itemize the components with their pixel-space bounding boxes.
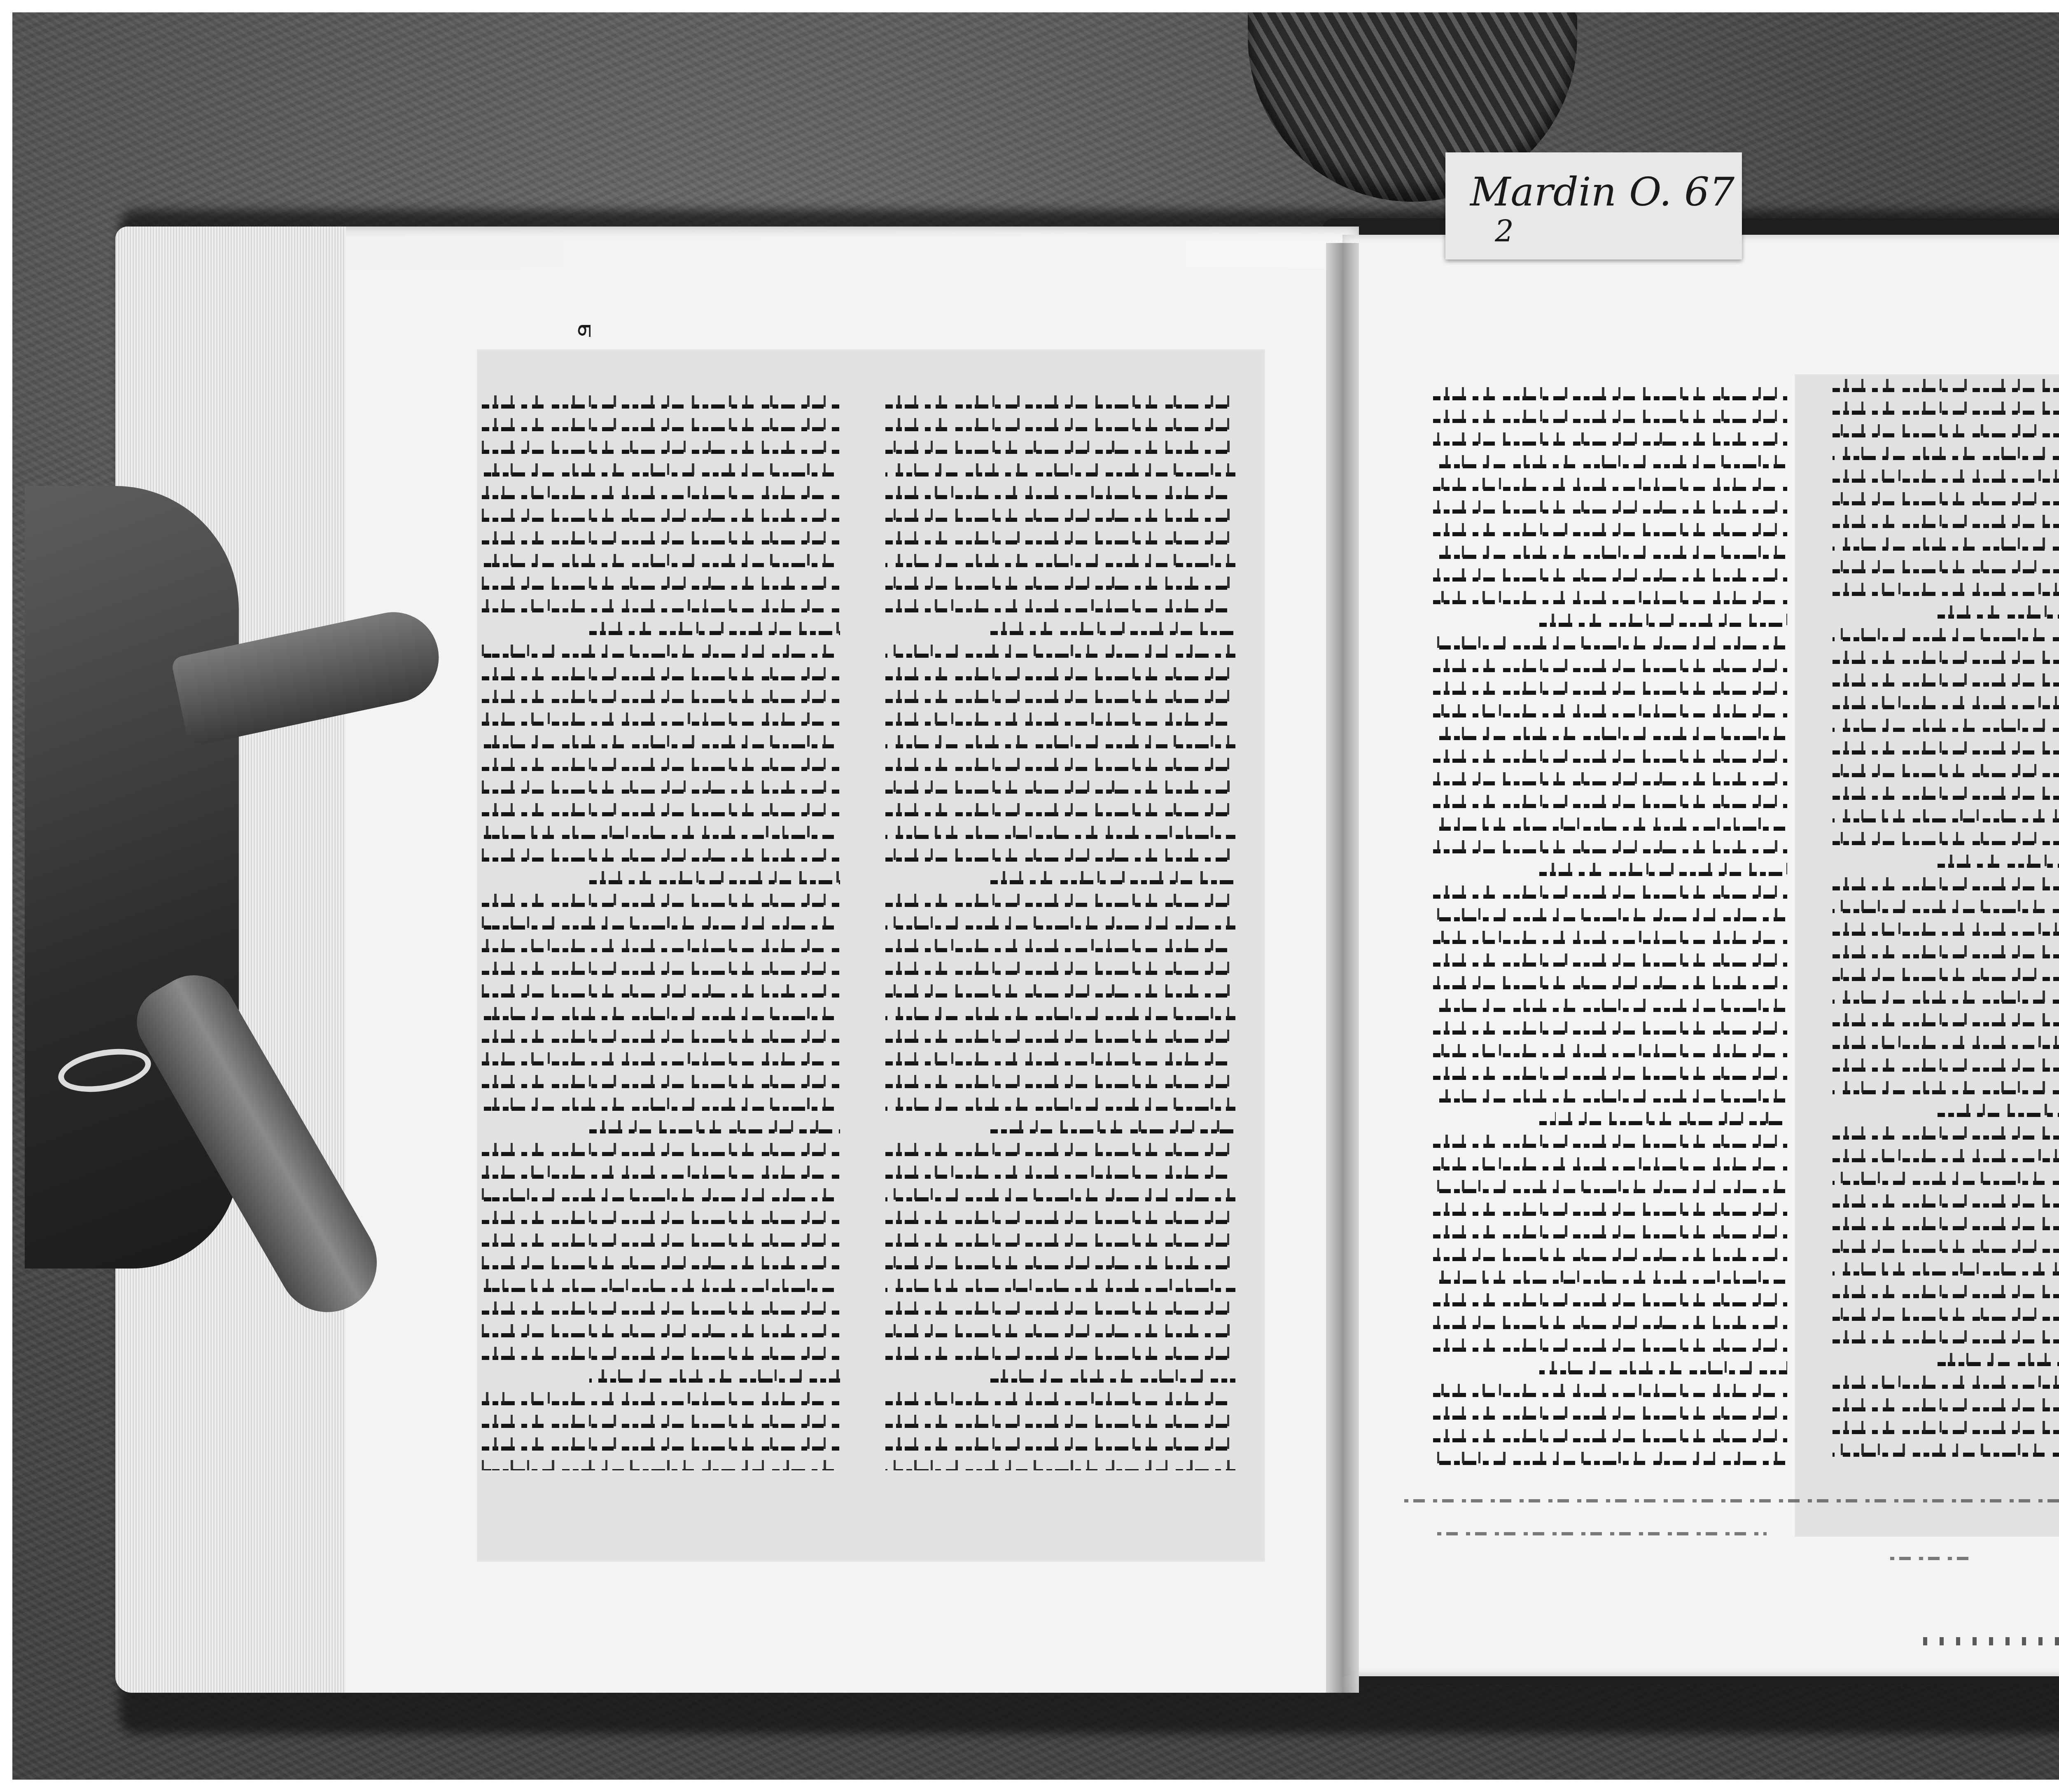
manuscript-line — [1433, 1448, 1787, 1470]
manuscript-line — [589, 1116, 840, 1139]
manuscript-line — [1833, 1077, 2059, 1100]
manuscript-line — [482, 1207, 840, 1229]
manuscript-line — [1833, 647, 2059, 669]
manuscript-line — [1539, 610, 1787, 632]
manuscript-line — [1433, 927, 1787, 949]
book-gutter — [1326, 243, 1359, 1693]
manuscript-line — [1833, 737, 2059, 760]
manuscript-line — [482, 1139, 840, 1161]
manuscript-line — [482, 1411, 840, 1433]
manuscript-line — [482, 799, 840, 822]
manuscript-line — [482, 1456, 840, 1470]
manuscript-line — [885, 1207, 1235, 1229]
manuscript-line — [482, 663, 840, 686]
left-page-column-1 — [482, 391, 840, 1470]
manuscript-line — [885, 663, 1235, 686]
manuscript-line — [1833, 579, 2059, 601]
manuscript-line — [885, 1297, 1235, 1320]
manuscript-line — [1833, 511, 2059, 533]
manuscript-line — [1833, 1326, 2059, 1349]
manuscript-line — [1833, 1122, 2059, 1145]
manuscript-line — [1433, 881, 1787, 904]
manuscript-line — [1433, 542, 1787, 564]
manuscript-line — [885, 776, 1235, 799]
manuscript-line — [482, 391, 840, 414]
manuscript-line — [1833, 465, 2059, 488]
shelfmark-strip — [1923, 1631, 2059, 1652]
manuscript-line — [482, 1093, 840, 1116]
manuscript-line — [1433, 745, 1787, 768]
manuscript-line — [1833, 692, 2059, 715]
manuscript-line — [990, 618, 1235, 640]
manuscript-line — [885, 1003, 1235, 1026]
manuscript-line — [1833, 964, 2059, 986]
manuscript-line — [885, 912, 1235, 935]
manuscript-line — [885, 935, 1235, 958]
manuscript-line — [1433, 428, 1787, 451]
manuscript-line — [1433, 1063, 1787, 1085]
manuscript-line — [1833, 760, 2059, 783]
manuscript-line — [990, 867, 1235, 890]
manuscript-line — [1433, 972, 1787, 995]
manuscript-line — [1938, 1100, 2059, 1122]
manuscript-line — [589, 867, 840, 890]
manuscript-line — [482, 776, 840, 799]
manuscript-line — [885, 822, 1235, 844]
manuscript-line — [885, 1229, 1235, 1252]
manuscript-line — [885, 754, 1235, 776]
manuscript-line — [1433, 406, 1787, 428]
manuscript-line — [885, 550, 1235, 572]
label-shelfmark: Mardin O. 67 — [1470, 169, 1735, 215]
manuscript-line — [1433, 474, 1787, 496]
manuscript-line — [1938, 601, 2059, 624]
manuscript-line — [589, 618, 840, 640]
right-page-column-1 — [1433, 383, 1787, 1479]
manuscript-line — [1433, 451, 1787, 474]
manuscript-line — [1833, 1190, 2059, 1213]
manuscript-line — [482, 482, 840, 505]
manuscript-line — [482, 1003, 840, 1026]
manuscript-line — [885, 595, 1235, 618]
manuscript-line — [885, 890, 1235, 912]
manuscript-line — [482, 980, 840, 1003]
colophon-note-line-1 — [1404, 1487, 2059, 1512]
manuscript-line — [1833, 783, 2059, 805]
manuscript-line — [482, 1026, 840, 1048]
manuscript-line — [885, 1275, 1235, 1297]
manuscript-line — [482, 890, 840, 912]
manuscript-line — [885, 1139, 1235, 1161]
manuscript-line — [1433, 632, 1787, 655]
photograph: ܗ Mardin O. 67 2 — [12, 12, 2059, 1780]
manuscript-line — [482, 1161, 840, 1184]
manuscript-line — [1433, 723, 1787, 745]
manuscript-line — [885, 1252, 1235, 1275]
manuscript-line — [482, 1388, 840, 1411]
manuscript-line — [1833, 805, 2059, 828]
manuscript-line — [1539, 1357, 1787, 1380]
manuscript-line — [1833, 1439, 2059, 1462]
manuscript-line — [1433, 836, 1787, 859]
manuscript-line — [885, 527, 1235, 550]
manuscript-line — [1433, 904, 1787, 927]
manuscript-line — [885, 391, 1235, 414]
manuscript-line — [482, 1297, 840, 1320]
manuscript-line — [482, 437, 840, 459]
manuscript-line — [1833, 420, 2059, 443]
manuscript-line — [1433, 768, 1787, 791]
manuscript-line — [1539, 859, 1787, 881]
manuscript-line — [1833, 1281, 2059, 1304]
manuscript-line — [1433, 519, 1787, 542]
colophon-note-line-2 — [1437, 1520, 1767, 1544]
manuscript-line — [1433, 1176, 1787, 1199]
manuscript-line — [885, 1343, 1235, 1365]
manuscript-line — [482, 686, 840, 708]
manuscript-line — [482, 1320, 840, 1343]
manuscript-line — [1433, 813, 1787, 836]
manuscript-line — [885, 1048, 1235, 1071]
manuscript-line — [1433, 587, 1787, 610]
manuscript-line — [1433, 655, 1787, 678]
manuscript-line — [1833, 488, 2059, 511]
manuscript-line — [885, 437, 1235, 459]
manuscript-line — [1833, 556, 2059, 579]
manuscript-line — [1433, 1289, 1787, 1312]
manuscript-line — [1833, 1213, 2059, 1236]
manuscript-line — [1833, 1168, 2059, 1190]
manuscript-line — [1433, 1334, 1787, 1357]
manuscript-line — [482, 1071, 840, 1093]
manuscript-line — [885, 844, 1235, 867]
shelfmark-label: Mardin O. 67 2 — [1445, 152, 1742, 259]
manuscript-line — [1833, 828, 2059, 850]
manuscript-line — [1833, 1258, 2059, 1281]
manuscript-line — [1833, 896, 2059, 918]
colophon-note-line-3 — [1890, 1544, 1973, 1569]
manuscript-line — [1433, 1085, 1787, 1108]
manuscript-line — [1833, 918, 2059, 941]
manuscript-line — [1833, 1009, 2059, 1032]
manuscript-line — [885, 1026, 1235, 1048]
manuscript-line — [885, 1456, 1235, 1470]
manuscript-line — [1833, 1304, 2059, 1326]
manuscript-line — [1833, 443, 2059, 465]
manuscript-line — [589, 1365, 840, 1388]
manuscript-line — [1833, 669, 2059, 692]
page-number-mark: ܗ — [577, 313, 592, 342]
manuscript-line — [990, 1116, 1235, 1139]
manuscript-line — [482, 708, 840, 731]
manuscript-line — [482, 1184, 840, 1207]
manuscript-line — [1433, 1153, 1787, 1176]
manuscript-line — [482, 844, 840, 867]
manuscript-line — [885, 1184, 1235, 1207]
manuscript-line — [1833, 1054, 2059, 1077]
manuscript-line — [482, 754, 840, 776]
manuscript-line — [1433, 1380, 1787, 1402]
manuscript-line — [1833, 1145, 2059, 1168]
manuscript-line — [1433, 1040, 1787, 1063]
manuscript-line — [482, 935, 840, 958]
manuscript-line — [482, 505, 840, 527]
manuscript-line — [885, 686, 1235, 708]
manuscript-line — [1833, 1417, 2059, 1439]
manuscript-line — [885, 459, 1235, 482]
manuscript-line — [885, 1388, 1235, 1411]
manuscript-line — [885, 1433, 1235, 1456]
manuscript-line — [482, 1252, 840, 1275]
manuscript-line — [482, 822, 840, 844]
manuscript-line — [482, 459, 840, 482]
manuscript-line — [885, 1161, 1235, 1184]
manuscript-line — [482, 912, 840, 935]
manuscript-line — [1433, 1017, 1787, 1040]
manuscript-line — [1433, 564, 1787, 587]
manuscript-line — [1833, 1236, 2059, 1258]
manuscript-line — [482, 1433, 840, 1456]
label-number: 2 — [1495, 214, 1514, 249]
manuscript-line — [482, 1343, 840, 1365]
manuscript-line — [1539, 1108, 1787, 1131]
manuscript-line — [1833, 941, 2059, 964]
right-page-column-2 — [1833, 375, 2059, 1470]
manuscript-line — [1433, 1402, 1787, 1425]
manuscript-line — [1433, 791, 1787, 813]
manuscript-line — [1833, 873, 2059, 896]
manuscript-line — [1833, 1371, 2059, 1394]
manuscript-line — [885, 731, 1235, 754]
manuscript-line — [1433, 995, 1787, 1017]
manuscript-line — [1433, 1244, 1787, 1266]
manuscript-line — [885, 980, 1235, 1003]
manuscript-line — [482, 414, 840, 437]
manuscript-line — [885, 414, 1235, 437]
manuscript-line — [885, 572, 1235, 595]
manuscript-line — [885, 1320, 1235, 1343]
manuscript-line — [482, 1275, 840, 1297]
manuscript-line — [1433, 1131, 1787, 1153]
manuscript-line — [885, 505, 1235, 527]
manuscript-line — [885, 1071, 1235, 1093]
manuscript-line — [1938, 1349, 2059, 1371]
manuscript-line — [1833, 1394, 2059, 1417]
manuscript-line — [482, 572, 840, 595]
manuscript-line — [482, 1229, 840, 1252]
manuscript-line — [1433, 1199, 1787, 1221]
manuscript-line — [1833, 533, 2059, 556]
left-page-column-2 — [885, 391, 1235, 1470]
manuscript-line — [1833, 624, 2059, 647]
manuscript-line — [1833, 375, 2059, 397]
manuscript-line — [482, 731, 840, 754]
manuscript-line — [885, 1093, 1235, 1116]
manuscript-line — [1833, 986, 2059, 1009]
manuscript-line — [1433, 496, 1787, 519]
manuscript-line — [1833, 715, 2059, 737]
manuscript-line — [885, 640, 1235, 663]
manuscript-line — [1938, 850, 2059, 873]
manuscript-line — [482, 640, 840, 663]
manuscript-line — [482, 1048, 840, 1071]
manuscript-line — [1833, 397, 2059, 420]
manuscript-line — [482, 595, 840, 618]
manuscript-line — [885, 708, 1235, 731]
manuscript-line — [482, 527, 840, 550]
manuscript-line — [1433, 1221, 1787, 1244]
manuscript-line — [1433, 1266, 1787, 1289]
manuscript-line — [1433, 700, 1787, 723]
manuscript-line — [1433, 678, 1787, 700]
manuscript-line — [885, 1411, 1235, 1433]
manuscript-line — [1433, 1312, 1787, 1334]
manuscript-line — [1433, 383, 1787, 406]
manuscript-line — [885, 799, 1235, 822]
manuscript-line — [990, 1365, 1235, 1388]
manuscript-line — [885, 482, 1235, 505]
manuscript-line — [1833, 1032, 2059, 1054]
manuscript-line — [482, 550, 840, 572]
manuscript-line — [482, 958, 840, 980]
manuscript-line — [1433, 1425, 1787, 1448]
manuscript-line — [885, 958, 1235, 980]
manuscript-line — [1433, 949, 1787, 972]
